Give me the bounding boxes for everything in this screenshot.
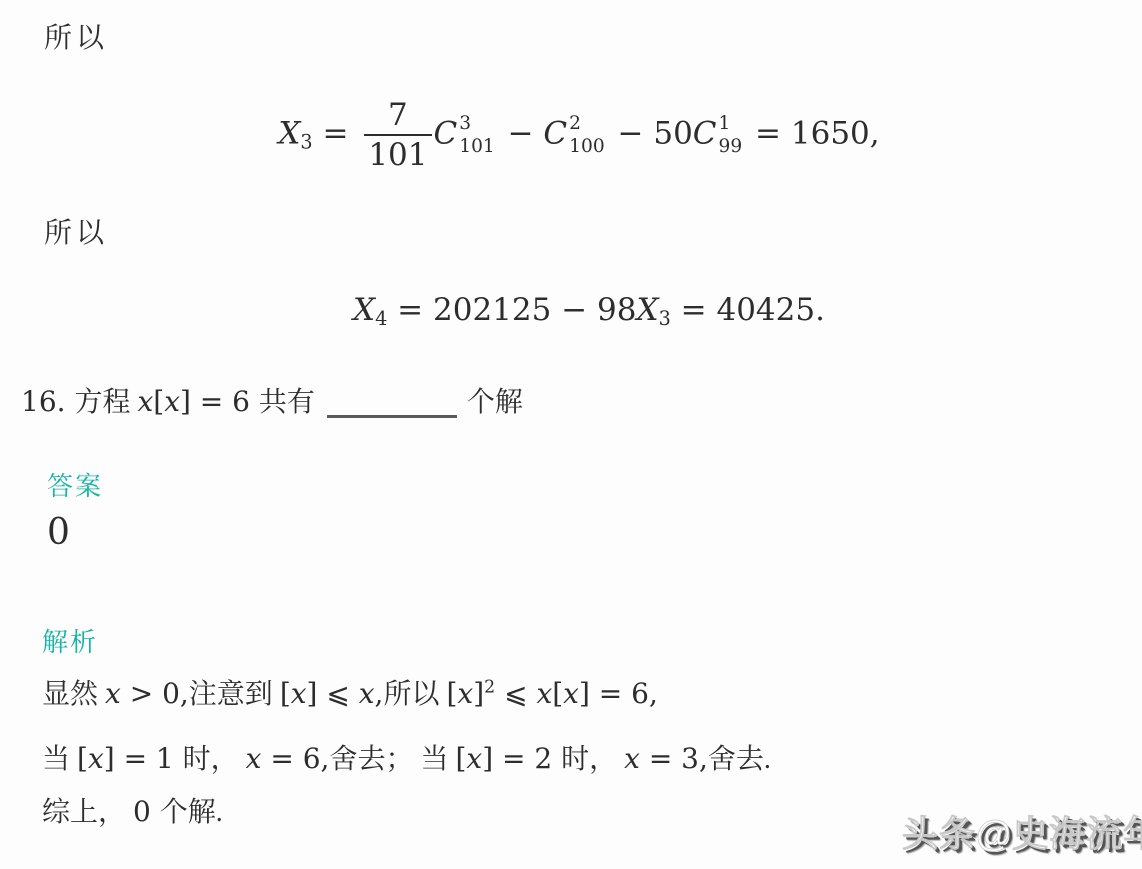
answer-blank-line: [327, 415, 457, 418]
minus-sign: −: [608, 116, 654, 152]
math-var: C: [693, 116, 717, 152]
math-superscript: 3: [459, 112, 495, 135]
question-16-suffix: 个解: [467, 387, 523, 418]
math-var: X: [278, 116, 300, 152]
math-subscript: 100: [569, 135, 605, 158]
analysis-line-3: 综上， 0 个解.: [42, 790, 223, 830]
math-var: C: [434, 116, 458, 152]
math-subscript: 99: [719, 135, 743, 158]
answer-value: 0: [47, 512, 70, 553]
math-var: C: [543, 116, 567, 152]
sup-sub-stack: 3101: [459, 112, 495, 158]
equals-sign: =: [387, 292, 433, 328]
equals-sign: =: [745, 116, 791, 152]
conclusion-text-1: 所以: [44, 16, 108, 56]
toutiao-watermark: 头条@史海流年: [902, 806, 1142, 857]
math-expression: 202125 − 98: [433, 292, 636, 328]
fraction-numerator: 7: [364, 98, 431, 134]
fraction-denominator: 101: [364, 134, 431, 172]
coefficient: 50: [653, 116, 692, 152]
analysis-label: 解析: [42, 622, 98, 659]
analysis-line-1: 显然 x > 0,注意到 [x] ⩽ x,所以 [x]2 ⩽ x[x] = 6,: [42, 672, 658, 712]
math-superscript: 2: [569, 112, 605, 135]
math-superscript: 1: [719, 112, 743, 135]
math-solution-page: 所以 X3 = 7101C3101 − C2100 − 50C199 = 165…: [0, 0, 1142, 869]
minus-sign: −: [498, 116, 544, 152]
equals-sign: =: [671, 292, 717, 328]
math-subscript: 4: [375, 307, 387, 330]
formula-x3: X3 = 7101C3101 − C2100 − 50C199 = 1650,: [8, 98, 1142, 172]
formula-result: 1650,: [791, 116, 880, 152]
math-var: X: [353, 292, 375, 328]
math-subscript: 3: [300, 130, 312, 153]
sup-sub-stack: 2100: [569, 112, 605, 158]
fraction: 7101: [364, 98, 431, 172]
equals-sign: =: [313, 116, 359, 152]
math-subscript: 3: [659, 307, 671, 330]
math-subscript: 101: [459, 135, 495, 158]
math-var: X: [636, 292, 658, 328]
question-16: 16. 方程 x[x] = 6 共有个解: [21, 380, 523, 420]
answer-label: 答案: [47, 466, 103, 503]
analysis-line-2: 当 [x] = 1 时， x = 6,舍去； 当 [x] = 2 时， x = …: [42, 737, 771, 777]
sup-sub-stack: 199: [719, 112, 743, 158]
question-16-text: 16. 方程 x[x] = 6 共有: [21, 387, 315, 418]
formula-result: 40425.: [716, 292, 824, 328]
formula-x4: X4 = 202125 − 98X3 = 40425.: [18, 292, 1142, 330]
conclusion-text-2: 所以: [44, 211, 108, 251]
